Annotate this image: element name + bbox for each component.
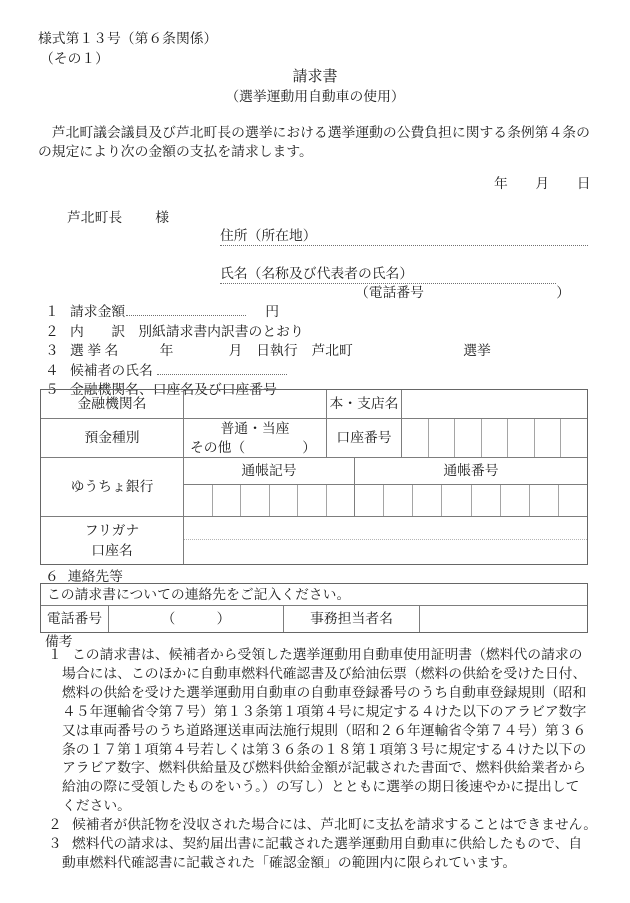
date-line: 年 月 日 bbox=[494, 174, 591, 193]
account-name-label: 口座名 bbox=[91, 541, 132, 561]
page-subtitle: （選挙運動用自動車の使用） bbox=[0, 87, 630, 106]
digit-cell bbox=[454, 419, 481, 457]
item-number: １ bbox=[45, 302, 70, 321]
remark-number: ３ bbox=[48, 835, 62, 873]
contact-phone-label: 電話番号 bbox=[41, 606, 108, 632]
passbook-symbol-label: 通帳記号 bbox=[184, 458, 354, 484]
bank-name-row: 金融機関名 本・支店名 bbox=[41, 390, 587, 418]
digit-cell bbox=[402, 419, 428, 457]
branch-name-label: 本・支店名 bbox=[326, 390, 401, 418]
yucho-cells-area: 通帳記号 通帳番号 bbox=[183, 458, 587, 516]
claim-item-breakdown: ２ 内 訳 別紙請求書内訳書のとおり bbox=[45, 322, 605, 342]
claim-item-election: ３ 選 挙 名 年 月 日執行 芦北町 選挙 bbox=[45, 341, 605, 361]
honorific: 様 bbox=[155, 210, 169, 225]
passbook-symbol-cells bbox=[184, 485, 354, 516]
account-holder-cells bbox=[183, 517, 587, 564]
digit-cell bbox=[269, 485, 298, 516]
digit-cell bbox=[428, 419, 455, 457]
contact-note: この請求書についての連絡先をご記入ください。 bbox=[41, 584, 587, 605]
name-label: 氏名（名称及び代表者の氏名） bbox=[220, 266, 413, 281]
bank-name-cell bbox=[183, 390, 326, 418]
section-number: ６ bbox=[45, 569, 59, 584]
account-number-label: 口座番号 bbox=[326, 419, 401, 457]
phone-label: （電話番号 bbox=[355, 283, 424, 302]
contact-staff-label: 事務担当者名 bbox=[283, 606, 419, 632]
remark-item: ３ 燃料代の請求は、契約届出書に記載された選挙運動用自動車に供給したもので、自 … bbox=[38, 835, 598, 873]
yucho-digit-rows bbox=[184, 484, 587, 516]
digit-cell bbox=[212, 485, 241, 516]
digit-cell bbox=[507, 419, 534, 457]
remark-text: 候補者が供託物を没収された場合には、芦北町に支払を請求することはできません。 bbox=[62, 816, 598, 835]
candidate-blank-line bbox=[157, 374, 287, 375]
account-name-cell bbox=[184, 540, 587, 564]
digit-cell bbox=[471, 485, 500, 516]
digit-cell bbox=[326, 485, 355, 516]
digit-cell bbox=[481, 419, 508, 457]
digit-cell bbox=[560, 419, 587, 457]
contact-staff-cell bbox=[419, 606, 587, 632]
breakdown-value: 別紙請求書内訳書のとおり bbox=[138, 322, 304, 341]
item-number: ３ bbox=[45, 341, 70, 360]
address-field: 住所（所在地） bbox=[220, 226, 588, 246]
deposit-type-options: 普通・当座 bbox=[184, 419, 326, 438]
address-label: 住所（所在地） bbox=[220, 228, 317, 243]
invoice-form-page: 様式第１３号（第６条関係） （その１） 請求書 （選挙運動用自動車の使用） 芦北… bbox=[0, 0, 630, 903]
amount-blank-line bbox=[126, 315, 246, 316]
digit-cell bbox=[558, 485, 587, 516]
contact-detail-row: 電話番号 （ ） 事務担当者名 bbox=[41, 605, 587, 632]
other-open: その他（ bbox=[190, 438, 245, 457]
page-title: 請求書 bbox=[0, 67, 630, 88]
contact-phone-cell: （ ） bbox=[108, 606, 283, 632]
bank-name-label: 金融機関名 bbox=[41, 390, 183, 418]
yucho-bank-label: ゆうちょ銀行 bbox=[41, 458, 183, 516]
deposit-type-other: その他（ ） bbox=[184, 438, 326, 457]
yucho-bank-row: ゆうちょ銀行 通帳記号 通帳番号 bbox=[41, 457, 587, 516]
digit-cell bbox=[441, 485, 470, 516]
digit-cell bbox=[529, 485, 558, 516]
election-value: 年 月 日執行 芦北町 選挙 bbox=[118, 341, 491, 360]
form-sub-number: （その１） bbox=[40, 49, 109, 68]
candidate-label: 候補者の氏名 bbox=[70, 361, 153, 380]
account-holder-label: フリガナ 口座名 bbox=[41, 517, 183, 564]
account-holder-row: フリガナ 口座名 bbox=[41, 516, 587, 564]
form-number: 様式第１３号（第６条関係） bbox=[38, 29, 217, 48]
account-number-cells bbox=[401, 419, 587, 457]
digit-cell bbox=[383, 485, 412, 516]
phone-number-line: （電話番号 ） bbox=[355, 283, 570, 302]
remarks-list: １ この請求書は、候補者から受領した選挙運動用自動車使用証明書（燃料代の請求の … bbox=[38, 646, 598, 873]
deposit-type-row: 預金種別 普通・当座 その他（ ） 口座番号 bbox=[41, 418, 587, 457]
bank-account-table: 金融機関名 本・支店名 預金種別 普通・当座 その他（ ） 口座番号 bbox=[40, 389, 588, 565]
digit-cell bbox=[240, 485, 269, 516]
addressee-name: 芦北町長 bbox=[67, 210, 122, 225]
remark-item: １ この請求書は、候補者から受領した選挙運動用自動車使用証明書（燃料代の請求の … bbox=[38, 646, 598, 816]
remark-number: １ bbox=[48, 646, 62, 816]
digit-cell bbox=[297, 485, 326, 516]
amount-label: 請求金額 bbox=[70, 302, 125, 321]
remark-number: ２ bbox=[48, 816, 62, 835]
addressee-line: 芦北町長様 bbox=[67, 208, 169, 227]
remark-item: ２ 候補者が供託物を没収された場合には、芦北町に支払を請求することはできません。 bbox=[38, 816, 598, 835]
passbook-number-label: 通帳番号 bbox=[354, 458, 587, 484]
claim-item-candidate: ４ 候補者の氏名 bbox=[45, 361, 605, 381]
other-close: ） bbox=[302, 438, 316, 457]
remark-text: この請求書は、候補者から受領した選挙運動用自動車使用証明書（燃料代の請求の 場合… bbox=[62, 646, 598, 816]
election-label: 選 挙 名 bbox=[70, 341, 118, 360]
branch-name-cell bbox=[401, 390, 587, 418]
contact-table: この請求書についての連絡先をご記入ください。 電話番号 （ ） 事務担当者名 bbox=[40, 583, 588, 633]
deposit-type-label: 預金種別 bbox=[41, 419, 183, 457]
digit-cell bbox=[184, 485, 212, 516]
item-number: ４ bbox=[45, 361, 70, 380]
intro-paragraph: 芦北町議会議員及び芦北町長の選挙における選挙運動の公費負担に関する条例第４条の … bbox=[38, 123, 598, 162]
digit-cell bbox=[500, 485, 529, 516]
passbook-number-cells bbox=[354, 485, 587, 516]
item-number: ２ bbox=[45, 322, 70, 341]
furigana-label: フリガナ bbox=[85, 521, 140, 541]
breakdown-label: 内 訳 bbox=[70, 322, 125, 341]
deposit-type-cell: 普通・当座 その他（ ） bbox=[183, 419, 326, 457]
phone-close-paren: ） bbox=[556, 283, 570, 302]
digit-cell bbox=[355, 485, 383, 516]
remark-text: 燃料代の請求は、契約届出書に記載された選挙運動用自動車に供給したもので、自 動車… bbox=[62, 835, 598, 873]
furigana-cell bbox=[184, 517, 587, 540]
claim-item-list: １ 請求金額 円 ２ 内 訳 別紙請求書内訳書のとおり ３ 選 挙 名 年 月 … bbox=[45, 302, 605, 400]
claim-item-amount: １ 請求金額 円 bbox=[45, 302, 605, 322]
name-field: 氏名（名称及び代表者の氏名） bbox=[220, 264, 556, 284]
digit-cell bbox=[534, 419, 561, 457]
section-label: 連絡先等 bbox=[68, 569, 123, 584]
yen-unit: 円 bbox=[265, 302, 279, 321]
digit-cell bbox=[412, 485, 441, 516]
yucho-header-row: 通帳記号 通帳番号 bbox=[184, 458, 587, 484]
